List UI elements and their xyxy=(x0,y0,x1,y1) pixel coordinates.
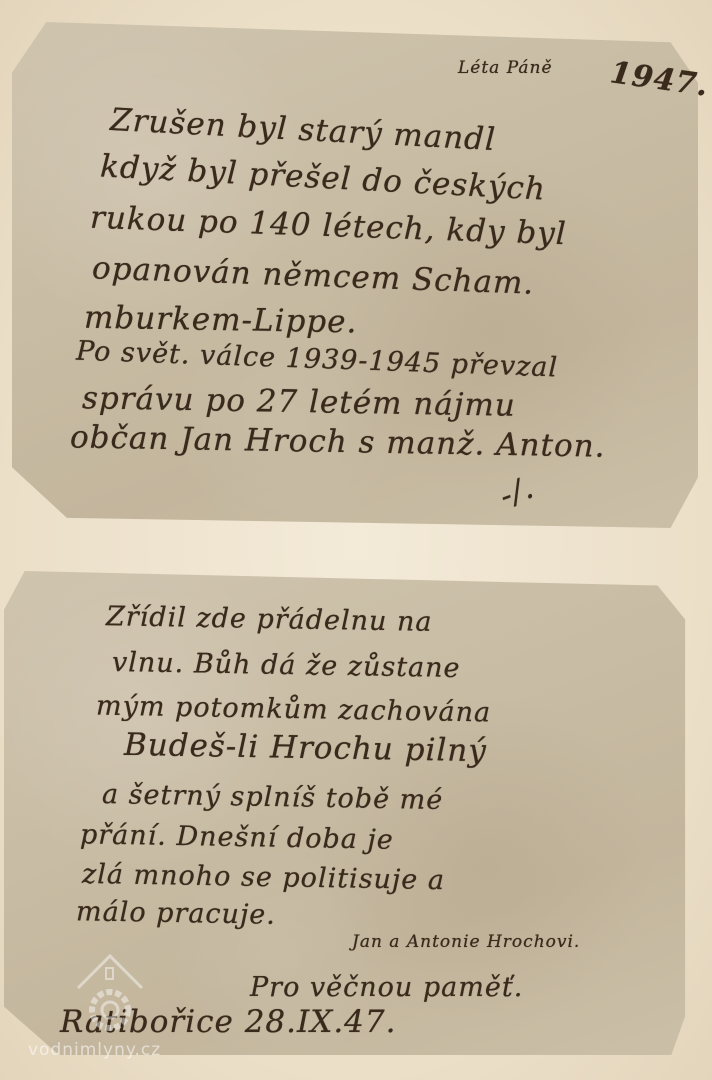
note-line: přání. Dnešní doba je xyxy=(80,819,394,855)
note-line: a šetrný splníš tobě mé xyxy=(102,779,444,816)
note-line: málo pracuje. xyxy=(76,896,276,930)
note-line: Zřídil zde přádelnu na xyxy=(106,601,433,638)
note-line: zlá mnoho se politisuje a xyxy=(82,859,446,896)
note-line: mburkem-Lippe. xyxy=(84,300,358,341)
note-line: správu po 27 letém nájmu xyxy=(82,380,516,424)
mill-logo-icon xyxy=(70,948,150,1038)
note-line: Budeš-li Hrochu pilný xyxy=(124,727,487,769)
note-line: vlnu. Bůh dá že zůstane xyxy=(112,647,461,684)
watermark-text: vodnimlyny.cz xyxy=(28,1040,161,1060)
header-label: Léta Páně xyxy=(458,58,553,78)
signature: Jan a Antonie Hrochovi. xyxy=(352,932,580,952)
closing-line: Pro věčnou paměť. xyxy=(250,972,523,1003)
